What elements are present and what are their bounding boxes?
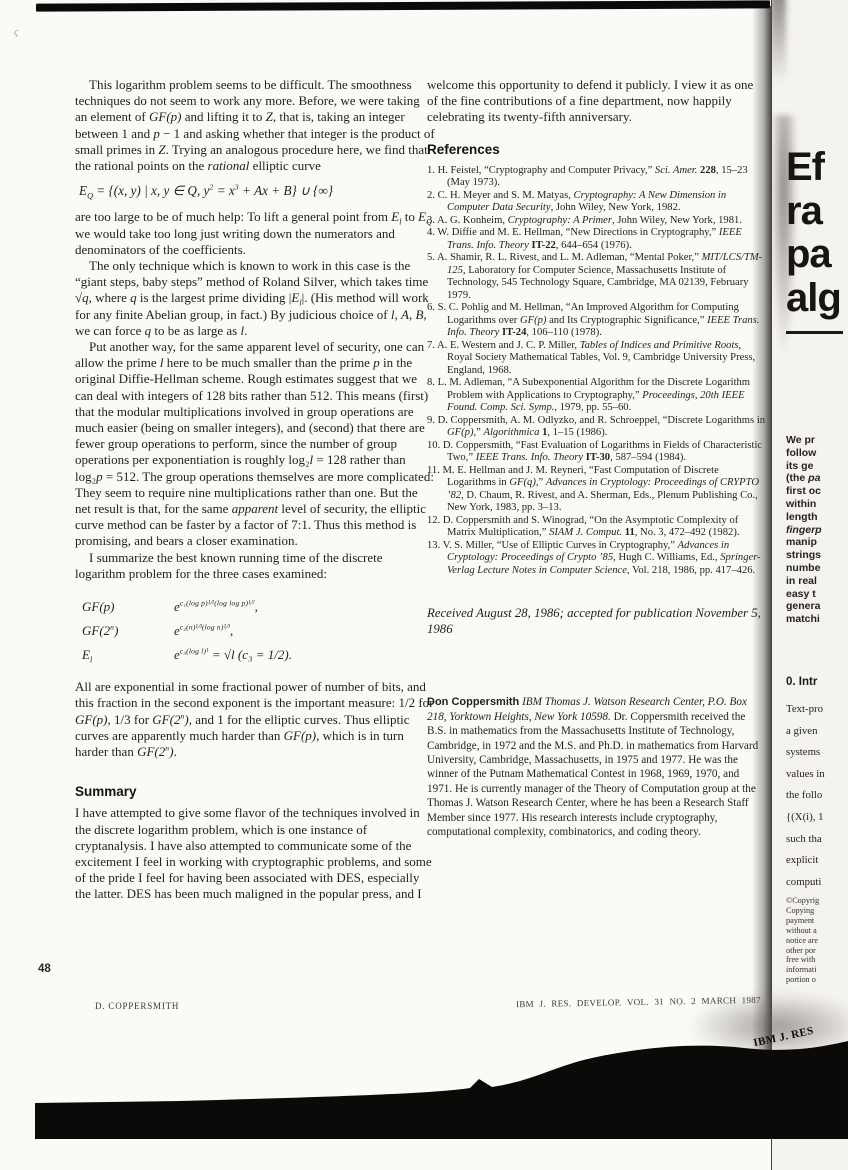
page-number: 48 <box>38 963 51 975</box>
next-page-intro-line: values in <box>786 764 825 786</box>
next-page-copyright: ©CopyrigCopyingpaymentwithout anotice ar… <box>786 896 819 985</box>
paragraph: I have attempted to give some flavor of … <box>75 805 435 902</box>
next-page-intro-line: the follo <box>786 785 825 807</box>
reference-item: 3. A. G. Konheim, Cryptography: A Primer… <box>427 215 767 228</box>
toner-smudge <box>771 0 786 84</box>
next-page-copyright-line: Copying <box>786 906 819 916</box>
reference-item: 13. V. S. Miller, “Use of Elliptic Curve… <box>427 540 767 578</box>
received-note: Received August 28, 1986; accepted for p… <box>427 605 767 637</box>
display-equation: EQ = {(x, y) | x, y ∈ Q, y2 = x3 + Ax + … <box>79 183 435 199</box>
next-page-copyright-line: free with <box>786 955 819 965</box>
next-page-copyright-line: other por <box>786 946 819 956</box>
author-bio: Don Coppersmith IBM Thomas J. Watson Res… <box>427 695 767 839</box>
reference-item: 2. C. H. Meyer and S. M. Matyas, Cryptog… <box>427 190 767 215</box>
next-page-abstract-line: within <box>786 498 822 511</box>
reference-item: 6. S. C. Pohlig and M. Hellman, “An Impr… <box>427 302 767 340</box>
next-page-intro-line: explicit <box>786 850 825 872</box>
next-page-intro: Text-proa givensystemsvalues inthe follo… <box>786 699 825 893</box>
runtime-row: GF(p)ec₁(log p)¹⁄²(log log p)¹⁄², <box>82 595 435 619</box>
reference-item: 8. L. M. Adleman, “A Subexponential Algo… <box>427 377 767 415</box>
runtime-case: GF(2n) <box>82 619 174 643</box>
continuation-paragraphs: welcome this opportunity to defend it pu… <box>427 77 767 126</box>
next-page-title-line: Ef <box>786 146 841 190</box>
next-page-title: Efrapaalg <box>786 146 841 320</box>
mid-paragraphs: are too large to be of much help: To lif… <box>75 209 435 582</box>
reference-item: 4. W. Diffie and M. E. Hellman, “New Dir… <box>427 227 767 252</box>
paragraph: welcome this opportunity to defend it pu… <box>427 77 767 126</box>
next-page-abstract-line: (the pa <box>786 472 822 485</box>
next-page-intro-line: {(X(i), 1 <box>786 807 825 829</box>
runtime-row: GF(2n)ec₂(n)¹⁄³(log n)²⁄³, <box>82 619 435 643</box>
next-page-abstract: We prfollowits ge(the pafirst ocwithinle… <box>786 434 822 626</box>
summary-paragraphs: I have attempted to give some flavor of … <box>75 805 435 902</box>
next-page-abstract-line: its ge <box>786 460 822 473</box>
next-page-intro-line: computi <box>786 872 825 894</box>
next-page-abstract-line: genera <box>786 600 822 613</box>
next-page-copyright-line: ©Copyrig <box>786 896 819 906</box>
next-page-abstract-line: matchi <box>786 613 822 626</box>
next-page-abstract-line: length <box>786 511 822 524</box>
next-page-abstract-line: We pr <box>786 434 822 447</box>
next-page-abstract-line: manip <box>786 536 822 549</box>
next-page-intro-heading: 0. Intr <box>786 676 817 688</box>
next-page-copyright-line: portion o <box>786 975 819 985</box>
left-column: This logarithm problem seems to be diffi… <box>75 77 435 903</box>
margin-mark: ϛ <box>13 26 20 39</box>
paragraph: This logarithm problem seems to be diffi… <box>75 77 435 174</box>
reference-item: 12. D. Coppersmith and S. Winograd, “On … <box>427 515 767 540</box>
runtime-case: El <box>82 643 174 667</box>
paragraph: The only technique which is known to wor… <box>75 258 435 339</box>
reference-item: 11. M. E. Hellman and J. M. Reyneri, “Fa… <box>427 465 767 515</box>
runtime-table: GF(p)ec₁(log p)¹⁄²(log log p)¹⁄²,GF(2n)e… <box>82 595 435 667</box>
reference-item: 5. A. Shamir, R. L. Rivest, and L. M. Ad… <box>427 252 767 302</box>
next-page-intro-line: such tha <box>786 829 825 851</box>
next-page-abstract-line: strings <box>786 549 822 562</box>
next-page-intro-line: systems <box>786 742 825 764</box>
next-page-abstract-line: easy t <box>786 588 822 601</box>
next-page-abstract-line: in real <box>786 575 822 588</box>
summary-heading: Summary <box>75 784 435 800</box>
references-list: 1. H. Feistel, “Cryptography and Compute… <box>427 165 767 578</box>
post-paragraphs: All are exponential in some fractional p… <box>75 679 435 760</box>
footer-author: D. COPPERSMITH <box>95 1001 179 1011</box>
right-column: welcome this opportunity to defend it pu… <box>427 77 767 839</box>
next-page-title-rule <box>786 331 843 334</box>
runtime-value: ec₁(log p)¹⁄²(log log p)¹⁄², <box>174 595 258 619</box>
runtime-value: ec₂(n)¹⁄³(log n)²⁄³, <box>174 619 233 643</box>
next-page-copyright-line: without a <box>786 926 819 936</box>
reference-item: 1. H. Feistel, “Cryptography and Compute… <box>427 165 767 190</box>
next-page-abstract-line: fingerp <box>786 524 822 537</box>
next-page-title-line: ra <box>786 190 841 234</box>
next-page-abstract-line: first oc <box>786 485 822 498</box>
next-page-copyright-line: payment <box>786 916 819 926</box>
paragraph: are too large to be of much help: To lif… <box>75 209 435 258</box>
next-page-intro-line: a given <box>786 721 825 743</box>
reference-item: 9. D. Coppersmith, A. M. Odlyzko, and R.… <box>427 415 767 440</box>
paragraph: Put another way, for the same apparent l… <box>75 339 435 550</box>
reference-item: 10. D. Coppersmith, “Fast Evaluation of … <box>427 440 767 465</box>
runtime-value: ec₃(log l)¹ = √l (c₃ = 1/2). <box>174 643 292 667</box>
references-heading: References <box>427 142 767 158</box>
runtime-row: Elec₃(log l)¹ = √l (c₃ = 1/2). <box>82 643 435 667</box>
next-page-intro-line: Text-pro <box>786 699 825 721</box>
next-page-abstract-line: numbe <box>786 562 822 575</box>
next-page-abstract-line: follow <box>786 447 822 460</box>
runtime-case: GF(p) <box>82 595 174 619</box>
gutter-shadow <box>752 6 771 1100</box>
next-page-title-line: alg <box>786 277 841 321</box>
paragraph: I summarize the best known running time … <box>75 550 435 582</box>
intro-paragraphs: This logarithm problem seems to be diffi… <box>75 77 435 174</box>
paragraph: All are exponential in some fractional p… <box>75 679 435 760</box>
next-page-copyright-line: notice are <box>786 936 819 946</box>
top-scan-bar <box>36 0 770 11</box>
next-page-copyright-line: informati <box>786 965 819 975</box>
reference-item: 7. A. E. Western and J. C. P. Miller, Ta… <box>427 340 767 378</box>
page-scan: ϛ This logarithm problem seems to be dif… <box>0 0 848 1170</box>
next-page-title-line: pa <box>786 233 841 277</box>
